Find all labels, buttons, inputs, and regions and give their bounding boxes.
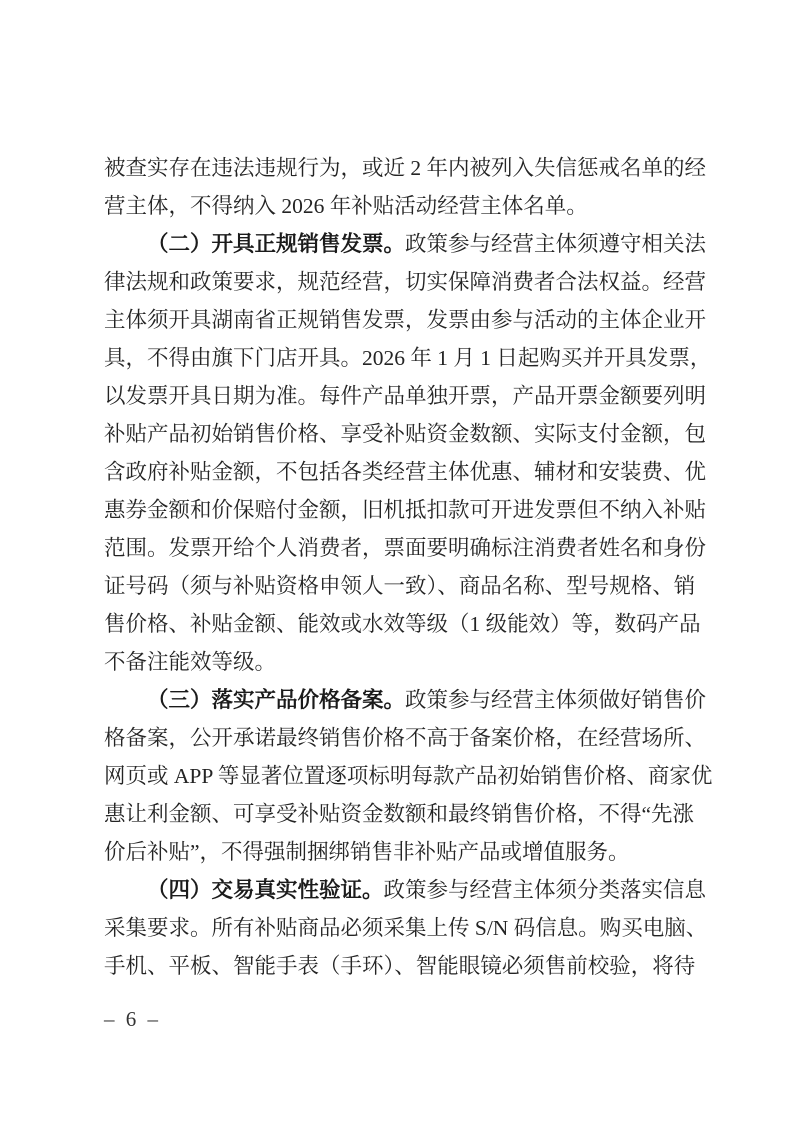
line-bold-heading: （四）交易真实性验证。 — [147, 878, 384, 902]
text-line: 被查实存在违法违规行为，或近 2 年内被列入失信惩戒名单的经 — [104, 149, 690, 187]
line-text: 律法规和政策要求，规范经营，切实保障消费者合法权益。经营 — [104, 270, 706, 294]
line-text: 补贴产品初始销售价格、享受补贴资金数额、实际支付金额，包 — [104, 422, 706, 446]
line-text: 惠券金额和价保赔付金额，旧机抵扣款可开进发票但不纳入补贴 — [104, 498, 706, 522]
line-text: 价后补贴”，不得强制捆绑销售非补贴产品或增值服务。 — [104, 840, 630, 864]
line-text: 政策参与经营主体须分类落实信息 — [384, 878, 707, 902]
line-text: 具，不得由旗下门店开具。2026 年 1 月 1 日起购买并开具发票， — [104, 346, 711, 370]
line-text: 主体须开具湖南省正规销售发票，发票由参与活动的主体企业开 — [104, 308, 706, 332]
document-page: 被查实存在违法违规行为，或近 2 年内被列入失信惩戒名单的经 营主体，不得纳入 … — [0, 0, 793, 1122]
line-text: 售价格、补贴金额、能效或水效等级（1 级能效）等，数码产品 — [104, 612, 701, 636]
text-line: 采集要求。所有补贴商品必须采集上传 S/N 码信息。购买电脑、 — [104, 909, 690, 947]
text-line: 惠让利金额、可享受补贴资金数额和最终销售价格，不得“先涨 — [104, 795, 690, 833]
line-text: 格备案，公开承诺最终销售价格不高于备案价格，在经营场所、 — [104, 726, 706, 750]
page-number: – 6 – — [104, 1004, 161, 1034]
text-line: 惠券金额和价保赔付金额，旧机抵扣款可开进发票但不纳入补贴 — [104, 491, 690, 529]
text-line: 营主体，不得纳入 2026 年补贴活动经营主体名单。 — [104, 187, 690, 225]
line-text: 政策参与经营主体须遵守相关法 — [405, 232, 706, 256]
text-line-section-heading-2: （二）开具正规销售发票。政策参与经营主体须遵守相关法 — [104, 225, 690, 263]
line-text: 惠让利金额、可享受补贴资金数额和最终销售价格，不得“先涨 — [104, 802, 694, 826]
text-line: 证号码（须与补贴资格申领人一致）、商品名称、型号规格、销 — [104, 567, 690, 605]
line-text: 以发票开具日期为准。每件产品单独开票，产品开票金额要列明 — [104, 384, 706, 408]
line-text: 含政府补贴金额，不包括各类经营主体优惠、辅材和安装费、优 — [104, 460, 706, 484]
text-line: 主体须开具湖南省正规销售发票，发票由参与活动的主体企业开 — [104, 301, 690, 339]
text-line: 含政府补贴金额，不包括各类经营主体优惠、辅材和安装费、优 — [104, 453, 690, 491]
line-bold-heading: （二）开具正规销售发票。 — [147, 232, 405, 256]
line-text: 营主体，不得纳入 2026 年补贴活动经营主体名单。 — [104, 194, 588, 218]
line-text: 采集要求。所有补贴商品必须采集上传 S/N 码信息。购买电脑、 — [104, 916, 707, 940]
text-line: 价后补贴”，不得强制捆绑销售非补贴产品或增值服务。 — [104, 833, 690, 871]
line-text: 不备注能效等级。 — [104, 650, 276, 674]
line-text: 手机、平板、智能手表（手环）、智能眼镜必须售前校验，将待 — [104, 954, 695, 978]
line-text: 政策参与经营主体须做好销售价 — [405, 688, 706, 712]
document-text-block: 被查实存在违法违规行为，或近 2 年内被列入失信惩戒名单的经 营主体，不得纳入 … — [104, 149, 690, 985]
text-line: 律法规和政策要求，规范经营，切实保障消费者合法权益。经营 — [104, 263, 690, 301]
text-line: 售价格、补贴金额、能效或水效等级（1 级能效）等，数码产品 — [104, 605, 690, 643]
text-line-section-heading-3: （三）落实产品价格备案。政策参与经营主体须做好销售价 — [104, 681, 690, 719]
line-text: 范围。发票开给个人消费者，票面要明确标注消费者姓名和身份 — [104, 536, 706, 560]
line-text: 证号码（须与补贴资格申领人一致）、商品名称、型号规格、销 — [104, 574, 695, 598]
line-text: 被查实存在违法违规行为，或近 2 年内被列入失信惩戒名单的经 — [104, 156, 706, 180]
text-line: 不备注能效等级。 — [104, 643, 690, 681]
line-bold-heading: （三）落实产品价格备案。 — [147, 688, 405, 712]
text-line: 范围。发票开给个人消费者，票面要明确标注消费者姓名和身份 — [104, 529, 690, 567]
text-line: 具，不得由旗下门店开具。2026 年 1 月 1 日起购买并开具发票， — [104, 339, 690, 377]
text-line: 以发票开具日期为准。每件产品单独开票，产品开票金额要列明 — [104, 377, 690, 415]
text-line: 补贴产品初始销售价格、享受补贴资金数额、实际支付金额，包 — [104, 415, 690, 453]
text-line-section-heading-4: （四）交易真实性验证。政策参与经营主体须分类落实信息 — [104, 871, 690, 909]
line-text: 网页或 APP 等显著位置逐项标明每款产品初始销售价格、商家优 — [104, 764, 712, 788]
text-line: 手机、平板、智能手表（手环）、智能眼镜必须售前校验，将待 — [104, 947, 690, 985]
text-line: 格备案，公开承诺最终销售价格不高于备案价格，在经营场所、 — [104, 719, 690, 757]
text-line: 网页或 APP 等显著位置逐项标明每款产品初始销售价格、商家优 — [104, 757, 690, 795]
